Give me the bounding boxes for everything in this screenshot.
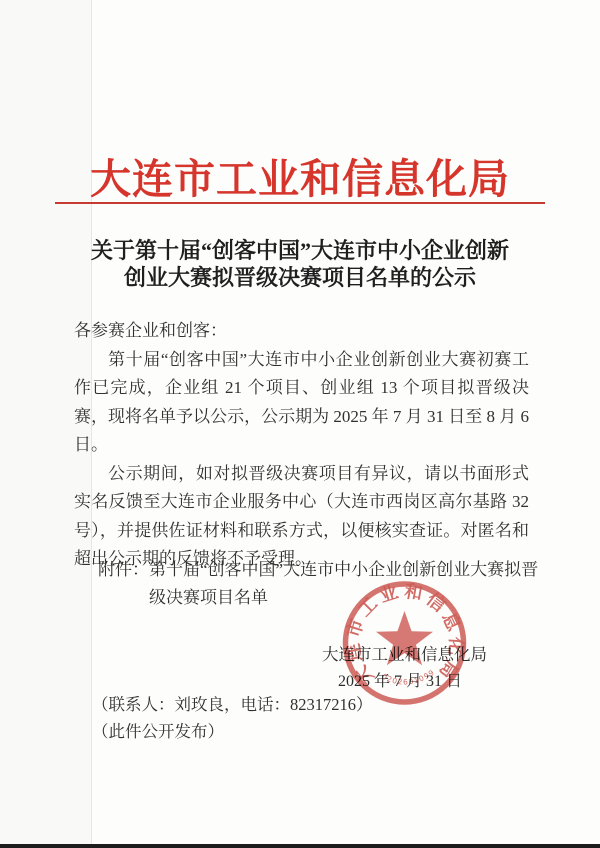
scan-bottom-edge	[0, 844, 600, 848]
seal-star-icon	[376, 611, 433, 665]
document-title-line1: 关于第十届“创客中国”大连市中小企业创新	[40, 237, 560, 264]
document-title-line2: 创业大赛拟晋级决赛项目名单的公示	[40, 264, 560, 291]
public-release-note: （此件公开发布）	[92, 718, 224, 742]
salutation: 各参赛企业和创客：	[74, 317, 529, 346]
attachment-label: 附件：	[98, 556, 149, 612]
contact-info: （联系人：刘玫良，电话：82317216）	[92, 691, 373, 715]
agency-letterhead: 大连市工业和信息化局	[0, 146, 600, 205]
body-paragraph-1: 第十届“创客中国”大连市中小企业创新创业大赛初赛工作已完成，企业组 21 个项目…	[74, 346, 529, 460]
document-title: 关于第十届“创客中国”大连市中小企业创新 创业大赛拟晋级决赛项目名单的公示	[40, 237, 560, 291]
document-page: 大连市工业和信息化局 关于第十届“创客中国”大连市中小企业创新 创业大赛拟晋级决…	[0, 0, 600, 848]
document-body: 各参赛企业和创客： 第十届“创客中国”大连市中小企业创新创业大赛初赛工作已完成，…	[74, 317, 529, 574]
letterhead-divider	[55, 202, 545, 204]
